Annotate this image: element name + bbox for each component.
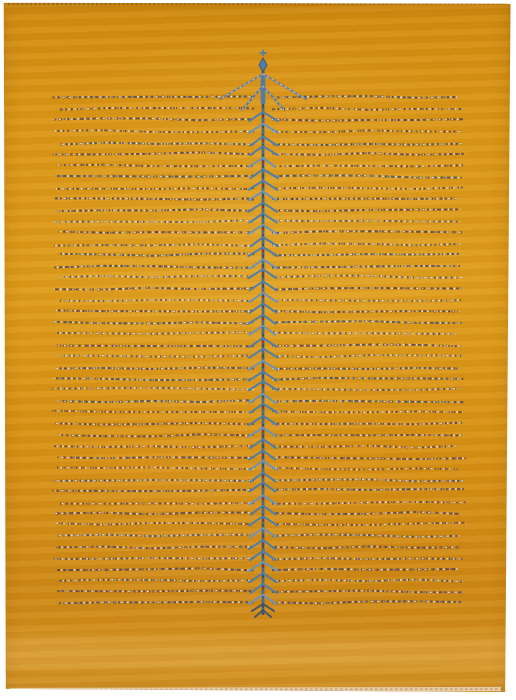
tree-branch [251, 169, 263, 178]
tree-branch [249, 482, 263, 491]
stripe-row [56, 209, 461, 211]
tree-branch [249, 181, 263, 190]
rug-photo [0, 0, 516, 700]
stripe-dashes-accent [53, 446, 460, 448]
stripe-row [55, 198, 459, 199]
stripe-row [53, 378, 463, 380]
tree-branch [263, 338, 277, 347]
stripe-row [55, 310, 459, 312]
tree-knot-dot [262, 317, 265, 320]
stripe-row [57, 345, 461, 347]
tree-branch [249, 372, 263, 381]
stripe-row [54, 266, 460, 268]
stripe-row [53, 446, 460, 448]
stripe-dashes-dark [57, 345, 461, 347]
stripe-dashes-accent [58, 535, 460, 537]
tree-branch [263, 381, 278, 390]
tree-branch [263, 315, 275, 324]
tree-branch [263, 281, 276, 290]
tree-branch [263, 428, 276, 437]
tree-branch [263, 562, 278, 571]
tree-branch [250, 281, 263, 290]
tree-knot-dot [262, 115, 265, 118]
tree-knot-dot [262, 363, 265, 366]
tree-knot-dot [262, 272, 265, 275]
tree-knot-dot [262, 340, 265, 343]
tree-branch [263, 372, 276, 381]
tree-branch [248, 247, 263, 256]
tree-branch [263, 203, 277, 212]
stripe-dashes-cream [57, 467, 459, 469]
stripe-row [52, 489, 464, 491]
tree-branch [251, 136, 263, 145]
stripe-row [56, 368, 458, 369]
stripe-row [56, 276, 463, 278]
stripe-dashes-dark [53, 446, 460, 448]
tree-branch [263, 506, 276, 515]
tree-branch [250, 551, 263, 560]
tree-branch [263, 112, 278, 121]
stripe-row [57, 165, 465, 167]
tree-root-branch [263, 604, 274, 611]
tree-branch [263, 191, 276, 200]
tree-branch [249, 158, 263, 167]
tree-branch [263, 516, 277, 525]
stripe-dashes-cream [53, 378, 463, 380]
tree-branch [263, 136, 277, 145]
tree-branch [263, 450, 275, 459]
tree-knot-dot [262, 406, 265, 409]
tree-branch [263, 259, 277, 268]
tree-branch [249, 562, 263, 571]
tree-branch [249, 381, 263, 390]
stripe-dashes-accent [52, 152, 466, 154]
stripe-row [54, 558, 464, 560]
tree-branch [263, 482, 275, 491]
tree-branch [249, 225, 263, 234]
tree-knot-dot [262, 475, 265, 478]
stripe-row [53, 96, 459, 98]
tree-branch [263, 416, 277, 425]
stripe-dashes-accent [56, 209, 461, 211]
tree-knot-dot [262, 296, 265, 299]
tree-branch [250, 259, 263, 268]
tree-knot-dot [262, 250, 265, 253]
tree-branch [263, 551, 276, 560]
stripe-dashes-dark [55, 187, 463, 189]
stripe-row [53, 118, 463, 120]
tree-branch [249, 573, 263, 582]
tree-branch [248, 269, 263, 278]
stripe-row [54, 321, 462, 323]
tree-knot-dot [262, 384, 265, 387]
tree-root-branch [252, 604, 263, 611]
stripe-dashes-dark [53, 288, 462, 290]
stripe-row [57, 568, 458, 570]
tree-branch [250, 338, 263, 347]
stripe-row [53, 220, 461, 222]
tree-knot-dot [262, 543, 265, 546]
tree-branch [263, 169, 278, 178]
tree-branch [248, 203, 263, 212]
tree-branch [249, 361, 263, 370]
tree-branch [263, 394, 275, 403]
stripe-dashes-cream [59, 300, 461, 301]
tree-branch [263, 439, 276, 448]
stripe-row [56, 332, 458, 334]
tree-branch [250, 439, 263, 448]
tree-knot-dot [262, 498, 265, 501]
tree-branch [263, 225, 277, 234]
tree-knot-dot [262, 587, 265, 590]
stripe-dashes-dark [54, 321, 462, 323]
stripe-dashes-dark [60, 143, 462, 145]
tree-branch [249, 112, 263, 121]
tree-branch [250, 528, 263, 537]
tree-branch [249, 416, 263, 425]
stripe-dashes-accent [57, 165, 465, 167]
tree-branch [263, 540, 275, 549]
stripe-dashes-dark [55, 310, 459, 312]
stripe-dashes-accent [54, 130, 461, 132]
stripe-dashes-dark [56, 546, 460, 548]
stripe-row [58, 434, 462, 436]
tree-branch [250, 146, 263, 155]
tree-branch [250, 213, 263, 222]
stripe-row [58, 535, 460, 537]
tree-branch [250, 461, 263, 470]
tree-knot-dot [262, 453, 265, 456]
tree-branch [263, 595, 276, 604]
stripe-dashes-accent [54, 244, 462, 246]
stripe-dashes-accent [59, 231, 462, 233]
tree-branch [249, 540, 263, 549]
stripe-row [53, 479, 463, 481]
tree-branch [263, 146, 278, 155]
stripe-dashes-cream [57, 165, 465, 167]
tree-branch [249, 516, 263, 525]
tree-arm-long [263, 74, 306, 99]
tree-branch [263, 213, 277, 222]
tree-branch [263, 247, 278, 256]
stripe-row [56, 523, 465, 525]
tree-knot-dot [262, 139, 265, 142]
tree-branch [263, 269, 276, 278]
stripe-dashes-dark [52, 388, 461, 390]
tree-knot-dot [262, 205, 265, 208]
stripe-row [52, 152, 466, 154]
tree-branch [250, 394, 263, 403]
stripe-row [53, 288, 462, 290]
rug-pattern [2, 2, 511, 693]
tree-of-life-motif [220, 50, 306, 617]
tree-branch [263, 237, 278, 246]
stripe-dashes-dark [52, 489, 464, 491]
tree-branch [250, 404, 263, 413]
stripe-row [52, 388, 461, 390]
tree-branch [263, 181, 277, 190]
stripe-dashes-dark [55, 423, 464, 425]
tree-branch [250, 293, 263, 302]
stripe-dashes-cream [53, 446, 460, 448]
stripe-row [54, 512, 459, 514]
tree-branch [248, 315, 263, 324]
stripe-row [54, 244, 462, 246]
tree-branch [263, 461, 277, 470]
stripe-dashes-dark [53, 479, 463, 481]
tree-branch [263, 495, 277, 504]
stripe-row [55, 187, 463, 189]
tree-branch [263, 124, 278, 133]
stripe-row [56, 546, 460, 548]
tree-branch [249, 349, 263, 358]
tree-branch [251, 237, 263, 246]
stripe-row [59, 601, 463, 603]
tree-branch [249, 495, 263, 504]
stripe-row [60, 143, 462, 145]
tree-knot-dot [262, 430, 265, 433]
stripe-row [59, 355, 464, 357]
tree-knot-dot [262, 227, 265, 230]
tree-branch [263, 528, 276, 537]
tree-knot-dot [262, 565, 265, 568]
tree-branch [249, 595, 263, 604]
stripe-dashes-cream [56, 546, 460, 548]
tree-branch [251, 506, 263, 515]
tree-branch [263, 326, 275, 335]
stripe-dashes-dark [54, 558, 464, 560]
tree-knot-dot [262, 183, 265, 186]
tree-branch [249, 124, 263, 133]
tree-branch [263, 293, 277, 302]
tree-finial-diamond [259, 58, 267, 72]
tree-branch [263, 361, 277, 370]
stripe-row [57, 457, 465, 459]
stripe-dashes-dark [57, 165, 465, 167]
stripe-dashes-accent [56, 546, 460, 548]
tree-branch [263, 584, 277, 593]
stripe-row [52, 411, 462, 413]
stripe-row [56, 176, 462, 178]
tree-branch [249, 191, 263, 200]
stripe-dashes-cream [53, 118, 463, 120]
stripe-row [55, 423, 464, 425]
stripe-row [58, 254, 460, 256]
stripe-dashes-dark [56, 368, 458, 369]
tree-branch [263, 158, 275, 167]
stripe-row [58, 580, 463, 582]
rug [2, 2, 511, 693]
tree-arm-long [220, 74, 263, 99]
stripe-dashes-accent [59, 300, 461, 301]
tree-branch [263, 573, 277, 582]
tree-knot-dot [262, 160, 265, 163]
stripe-row [57, 467, 459, 469]
tree-branch [263, 473, 276, 482]
stripe-dashes-dark [59, 300, 461, 301]
tree-branch [250, 304, 263, 313]
stripe-row [59, 231, 462, 233]
tree-branch [249, 450, 263, 459]
stripe-row [58, 400, 464, 402]
tree-knot-dot [262, 519, 265, 522]
stripe-row [57, 591, 462, 593]
tree-branch [250, 584, 263, 593]
tree-branch [263, 404, 278, 413]
tree-branch [248, 428, 263, 437]
tree-branch [250, 473, 263, 482]
tree-branch [263, 349, 278, 358]
stripe-dashes-accent [56, 276, 463, 278]
stripe-dashes-dark [57, 591, 462, 593]
stripe-row [59, 300, 461, 301]
tree-branch [263, 304, 277, 313]
tree-branch [249, 326, 263, 335]
stripe-row [54, 130, 461, 132]
